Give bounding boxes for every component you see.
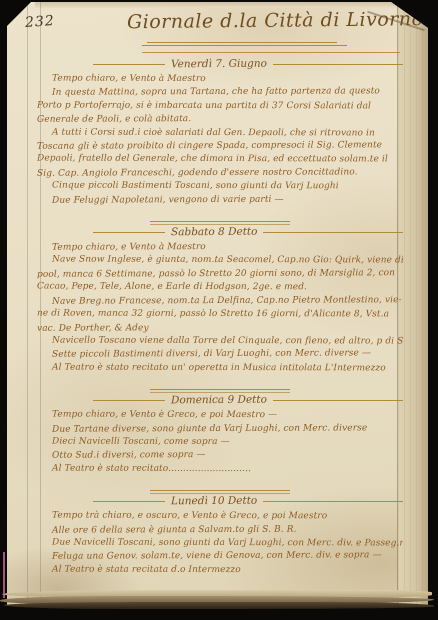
manuscript-line: Nave Snow Inglese, è giunta, nom.ta Seac… <box>37 254 403 268</box>
entry-header: Venerdì 7. Giugno <box>37 57 403 71</box>
header-rule-right <box>263 232 403 233</box>
scan-color-mark <box>3 552 5 598</box>
manuscript-line: Due Tartane diverse, sono giunte da Varj… <box>37 422 403 437</box>
entry-header: Domenica 9 Detto <box>37 393 403 407</box>
manuscript-line: Al Teatro è stata recitata d.o Intermezz… <box>37 563 403 577</box>
manuscript-line: Cinque piccoli Bastimenti Toscani, sono … <box>37 180 403 194</box>
section-divider <box>37 389 403 390</box>
title-underline-2 <box>142 45 347 46</box>
entry-header: Lunedì 10 Detto <box>37 494 403 508</box>
manuscript-line: Due Feluggi Napoletani, vengono di varie… <box>37 193 403 208</box>
manuscript-line: Al Teatro è stato recitato un' operetta … <box>37 361 403 375</box>
manuscript-line: ne di Roven, manca 32 giorni, passò lo S… <box>37 308 403 322</box>
section-gap <box>37 207 403 215</box>
bottom-page-edges-3 <box>4 602 434 609</box>
header-rule-left <box>93 64 165 65</box>
manuscript-line: Al Teatro è stato recitato..............… <box>37 462 403 476</box>
left-margin-rule-outer <box>27 2 28 606</box>
manuscript-line: Depaoli, fratello del Generale, che dimo… <box>37 153 403 167</box>
entry-header: Sabbato 8 Detto <box>37 225 403 239</box>
header-rule <box>142 52 400 53</box>
manuscript-line: Otto Sud.i diversi, come sopra — <box>37 449 403 464</box>
page-number: 232 <box>24 13 55 31</box>
header-rule-left <box>93 232 165 233</box>
header-rule-left <box>93 400 165 401</box>
entry-date: Lunedì 10 Detto <box>171 495 257 508</box>
manuscript-line: Tempo trà chiaro, e oscuro, e Vento è Gr… <box>37 510 403 524</box>
entry-date: Domenica 9 Detto <box>171 394 267 407</box>
manuscript-line: Cacao, Pepe, Tele, Alone, e Earle di Hod… <box>37 281 403 295</box>
entry-date: Sabbato 8 Detto <box>171 226 258 239</box>
manuscript-line: Tempo chiaro, e Vento è Greco, e poi Mae… <box>37 409 403 423</box>
header-rule-left <box>93 501 165 502</box>
manuscript-line: vac. De Porther, & Adey <box>37 321 403 336</box>
manuscript-line: Nave Breg.no Francese, nom.ta La Delfina… <box>37 294 403 309</box>
manuscript-scan: 232 Giornale d.la Città di Livorno Vener… <box>0 0 438 620</box>
header-rule-right <box>273 400 403 401</box>
title-underline <box>147 42 337 43</box>
manuscript-line: Generale de Paoli, e colà abitata. <box>37 112 403 127</box>
section-gap <box>37 476 403 484</box>
section-gap <box>37 577 403 585</box>
entry-date: Venerdì 7. Giugno <box>171 58 267 71</box>
top-leaf-edge <box>35 2 397 8</box>
header-rule-right <box>273 64 403 65</box>
section-gap <box>37 375 403 383</box>
section-divider <box>37 490 403 491</box>
page-title: Giornale d.la Città di Livorno <box>127 9 367 34</box>
manuscript-line: Feluga una Genov. solam.te, viene di Gen… <box>37 550 403 565</box>
manuscript-line: Alle ore 6 della sera è giunta a Salvam.… <box>37 523 403 538</box>
manuscript-line: Sette piccoli Bastimenti diversi, di Var… <box>37 348 403 363</box>
manuscript-line: In questa Mattina, sopra una Tartana, ch… <box>37 86 403 101</box>
header-rule-right <box>263 501 403 502</box>
manuscript-line: A tutti i Corsi sud.i cioè salariati dal… <box>37 126 403 140</box>
manuscript-text-area: Venerdì 7. GiugnoTempo chiaro, e Vento à… <box>37 55 403 585</box>
manuscript-page: 232 Giornale d.la Città di Livorno Vener… <box>7 2 428 606</box>
section-divider <box>37 221 403 222</box>
